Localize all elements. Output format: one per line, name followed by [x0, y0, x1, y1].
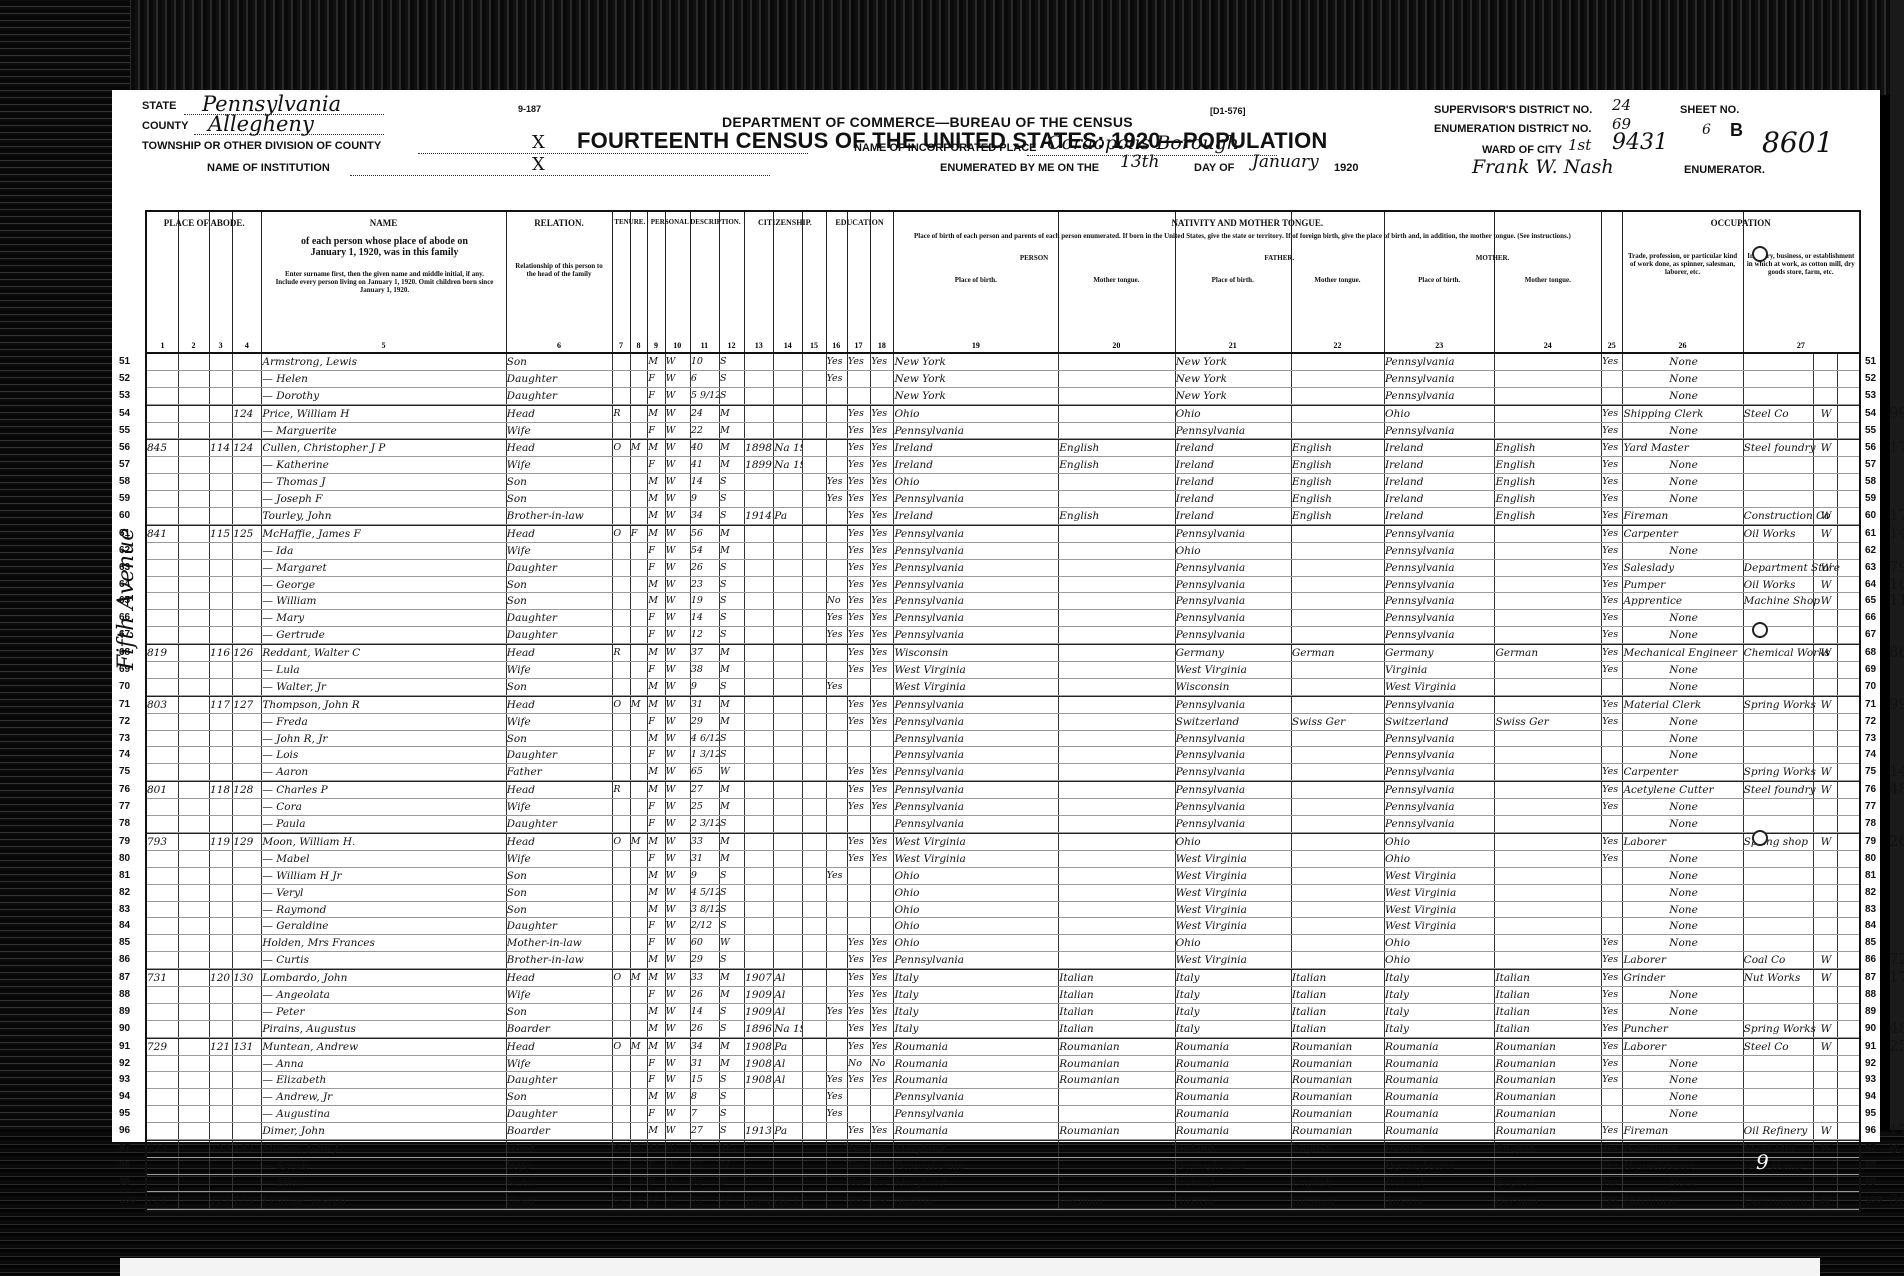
cell-street	[147, 371, 178, 387]
cell-marital: S	[719, 679, 745, 695]
cell-read: Yes	[847, 1004, 871, 1020]
line-number: 96	[119, 1125, 130, 1136]
cell-mort	[630, 679, 648, 695]
cell-race: W	[665, 388, 691, 404]
cell-f-tongue	[1291, 935, 1385, 951]
cell-write	[870, 1089, 894, 1105]
cell-relation: Wife	[506, 457, 614, 473]
cell-mort: M	[630, 1039, 648, 1055]
cell-read: Yes	[847, 423, 871, 439]
line-number-right: 98	[1865, 1160, 1876, 1171]
table-row: — EllenSisterFW55SYesYesMarylandIrelandE…	[147, 1175, 1859, 1192]
cell-school: Yes	[826, 610, 848, 626]
table-row: — WilliamSonMW19SNoYesYesPennsylvaniaPen…	[147, 593, 1859, 610]
cell-read: Yes	[847, 508, 871, 524]
cell-f-tongue	[1291, 834, 1385, 850]
cell-farm-schedule	[1837, 868, 1860, 884]
cell-m-birth: Ohio	[1384, 406, 1496, 422]
cell-school: Yes	[826, 1106, 848, 1122]
cell-immig	[744, 1175, 774, 1191]
cell-natz	[773, 834, 803, 850]
cell-street	[147, 560, 178, 576]
cell-sex: F	[647, 1158, 665, 1174]
cell-class-of-worker: W	[1813, 526, 1838, 542]
line-number: 90	[119, 1023, 130, 1034]
cell-trade: None	[1622, 731, 1743, 747]
cell-f-tongue	[1291, 406, 1385, 422]
cell-read: Yes	[847, 834, 871, 850]
cell-english: Yes	[1601, 1056, 1623, 1072]
line-number-right: 81	[1865, 870, 1876, 881]
cell-name: — Lula	[261, 662, 506, 678]
cell-write: Yes	[870, 764, 894, 780]
cell-immig	[744, 526, 774, 542]
cell-trade: None	[1622, 543, 1743, 559]
cell-race: W	[665, 406, 691, 422]
cell-school	[826, 406, 848, 422]
cell-natz2	[802, 834, 826, 850]
table-row: — FredaWifeFW29MYesYesPennsylvaniaSwitze…	[147, 714, 1859, 731]
cell-street	[147, 474, 178, 490]
cell-tongue	[1058, 764, 1175, 780]
cell-race: W	[665, 1056, 691, 1072]
cell-age: 5 9/12	[690, 388, 720, 404]
cell-f-birth: Ireland	[1175, 1175, 1292, 1191]
cell-sex: M	[647, 782, 665, 798]
enumeration-district-label: ENUMERATION DISTRICT NO.	[1434, 123, 1591, 135]
cell-tenure: O	[612, 440, 630, 456]
cell-class-of-worker: W	[1813, 834, 1838, 850]
cell-marital: M	[719, 1039, 745, 1055]
cell-farm-schedule	[1837, 508, 1860, 524]
cell-farm-schedule	[1837, 935, 1860, 951]
line-number: 71	[119, 699, 130, 710]
cell-f-birth: Roumania	[1175, 1056, 1292, 1072]
table-row: — Thomas JSonMW14SYesYesYesOhioIrelandEn…	[147, 474, 1859, 491]
table-row: — MargaretDaughterFW26SYesYesPennsylvani…	[147, 560, 1859, 577]
cell-write: Yes	[870, 1004, 894, 1020]
cell-marital: M	[719, 1193, 745, 1209]
cell-marital: M	[719, 457, 745, 473]
cell-natz2	[802, 885, 826, 901]
cell-house	[178, 577, 210, 593]
cell-sex: F	[647, 1175, 665, 1191]
cell-mort	[630, 902, 648, 918]
cell-school	[826, 747, 848, 763]
cell-name: Thompson, John R	[261, 697, 506, 713]
cell-dwelling	[209, 593, 233, 609]
cell-write: Yes	[870, 423, 894, 439]
line-number: 79	[119, 836, 130, 847]
cell-birth: West Virginia	[893, 834, 1059, 850]
cell-relation: Son	[506, 868, 614, 884]
cell-m-birth: West Virginia	[1384, 885, 1496, 901]
cell-race: W	[665, 782, 691, 798]
cell-mort: M	[630, 1141, 648, 1157]
cell-natz	[773, 627, 803, 643]
column-divider	[719, 212, 720, 352]
cell-f-birth: Roumania	[1175, 1106, 1292, 1122]
cell-write: Yes	[870, 851, 894, 867]
cell-dwelling	[209, 764, 233, 780]
cell-sex: F	[647, 714, 665, 730]
cell-class-of-worker	[1813, 457, 1838, 473]
cell-english: Yes	[1601, 1021, 1623, 1037]
cell-immig: 1909	[744, 1004, 774, 1020]
margin-code: 820	[1889, 1139, 1904, 1157]
cell-m-birth: Pennsylvania	[1384, 799, 1496, 815]
cell-immig	[744, 1158, 774, 1174]
line-number-right: 75	[1865, 766, 1876, 777]
cell-class-of-worker	[1813, 1106, 1838, 1122]
cell-marital: S	[719, 1123, 745, 1139]
cell-read	[847, 1089, 871, 1105]
cell-age: 57	[690, 1158, 720, 1174]
cell-m-tongue: Italian	[1494, 1004, 1602, 1020]
cell-relation: Son	[506, 1089, 614, 1105]
cell-house	[178, 935, 210, 951]
cell-tenure	[612, 610, 630, 626]
cell-marital: S	[719, 868, 745, 884]
cell-m-tongue	[1494, 593, 1602, 609]
cell-house	[178, 1039, 210, 1055]
cell-trade: Fireman	[1622, 1123, 1743, 1139]
cell-dwelling	[209, 952, 233, 968]
cell-school	[826, 731, 848, 747]
cell-natz2	[802, 371, 826, 387]
line-number-right: 66	[1865, 612, 1876, 623]
cell-farm-schedule	[1837, 474, 1860, 490]
margin-street-note: Fifth Avenue	[114, 410, 139, 670]
table-row: — PaulaDaughterFW2 3/12SPennsylvaniaPenn…	[147, 816, 1859, 833]
cell-f-tongue: Roumanian	[1291, 1123, 1385, 1139]
table-row: 124Price, William HHeadRMW24MYesYesOhioO…	[147, 405, 1859, 423]
table-row: — MaryDaughterFW14SYesYesYesPennsylvania…	[147, 610, 1859, 627]
cell-class-of-worker	[1813, 902, 1838, 918]
cell-write: Yes	[870, 1021, 894, 1037]
cell-family	[232, 457, 262, 473]
cell-m-birth: Ireland	[1384, 474, 1496, 490]
cell-marital: M	[719, 1141, 745, 1157]
margin-code: 868	[1889, 643, 1904, 661]
cell-school	[826, 508, 848, 524]
cell-school	[826, 1021, 848, 1037]
cell-trade: None	[1622, 662, 1743, 678]
cell-english: Yes	[1601, 457, 1623, 473]
cell-birth: West Virginia	[893, 662, 1059, 678]
cell-birth: New York	[893, 354, 1059, 370]
cell-sex: F	[647, 918, 665, 934]
cell-m-tongue	[1494, 662, 1602, 678]
cell-write: Yes	[870, 491, 894, 507]
cell-race: W	[665, 834, 691, 850]
cell-street	[147, 1123, 178, 1139]
ward-annotation: 9431	[1612, 130, 1668, 155]
cell-tongue	[1058, 714, 1175, 730]
cell-class-of-worker: W	[1813, 1193, 1838, 1209]
cell-birth: Pennsylvania	[893, 697, 1059, 713]
cell-name: — Ellen	[261, 1175, 506, 1191]
cell-house	[178, 440, 210, 456]
column-number: 10	[665, 341, 690, 350]
cell-m-birth: Ohio	[1384, 834, 1496, 850]
state-label: STATE	[142, 100, 176, 112]
cell-age: 9	[690, 491, 720, 507]
line-number-right: 80	[1865, 853, 1876, 864]
cell-tenure: R	[612, 645, 630, 661]
header-citizenship: CITIZENSHIP.	[744, 218, 825, 227]
line-number: 70	[119, 681, 130, 692]
cell-name: Lesinge, Joseph	[261, 1193, 506, 1209]
line-number: 76	[119, 784, 130, 795]
cell-birth: Pennsylvania	[893, 593, 1059, 609]
cell-race: W	[665, 371, 691, 387]
cell-tenure	[612, 714, 630, 730]
cell-dwelling: 121	[209, 1039, 233, 1055]
cell-relation: Brother-in-law	[506, 952, 614, 968]
cell-age: 8	[690, 1089, 720, 1105]
cell-sex: F	[647, 1106, 665, 1122]
cell-natz2	[802, 577, 826, 593]
cell-house	[178, 952, 210, 968]
cell-dwelling	[209, 627, 233, 643]
cell-street: 841	[147, 526, 178, 542]
cell-marital: S	[719, 902, 745, 918]
cell-family	[232, 508, 262, 524]
cell-m-tongue: Italian	[1494, 987, 1602, 1003]
cell-natz	[773, 388, 803, 404]
table-row: 819116126Reddant, Walter CHeadRMW37MYesY…	[147, 644, 1859, 662]
cell-race: W	[665, 868, 691, 884]
cell-m-tongue: English	[1494, 457, 1602, 473]
township-value: X	[532, 132, 545, 153]
cell-school: Yes	[826, 868, 848, 884]
cell-class-of-worker	[1813, 662, 1838, 678]
cell-school	[826, 885, 848, 901]
line-number-right: 74	[1865, 749, 1876, 760]
cell-dwelling	[209, 1123, 233, 1139]
cell-age: 34	[690, 1039, 720, 1055]
cell-immig: 1908	[744, 1039, 774, 1055]
cell-english: Yes	[1601, 662, 1623, 678]
cell-m-tongue	[1494, 816, 1602, 832]
cell-natz2	[802, 457, 826, 473]
cell-birth: Pennsylvania	[893, 560, 1059, 576]
cell-house	[178, 902, 210, 918]
cell-age: 55	[690, 1175, 720, 1191]
cell-dwelling	[209, 543, 233, 559]
cell-relation: Head	[506, 1039, 614, 1055]
cell-f-birth: Italy	[1175, 1021, 1292, 1037]
cell-farm-schedule	[1837, 1106, 1860, 1122]
cell-age: 32	[690, 1193, 720, 1209]
cell-relation: Head	[506, 406, 614, 422]
cell-f-birth: Pennsylvania	[1175, 610, 1292, 626]
column-divider	[232, 212, 233, 352]
cell-f-tongue	[1291, 354, 1385, 370]
cell-m-birth: Roumania	[1384, 1039, 1496, 1055]
cell-age: 31	[690, 1056, 720, 1072]
cell-mort	[630, 1123, 648, 1139]
cell-trade: None	[1622, 679, 1743, 695]
line-number: 83	[119, 904, 130, 915]
cell-family	[232, 662, 262, 678]
cell-mort	[630, 1056, 648, 1072]
cell-school	[826, 543, 848, 559]
cell-marital: M	[719, 406, 745, 422]
cell-natz	[773, 697, 803, 713]
cell-family	[232, 491, 262, 507]
cell-dwelling	[209, 851, 233, 867]
table-row: 731120130Lombardo, JohnHeadOMMW33M1907Al…	[147, 969, 1859, 987]
cell-name: — Ida	[261, 543, 506, 559]
table-row: 803117127Thompson, John RHeadOMMW31MYesY…	[147, 696, 1859, 714]
cell-age: 29	[690, 714, 720, 730]
cell-school	[826, 851, 848, 867]
cell-relation: Daughter	[506, 816, 614, 832]
cell-birth: Pennsylvania	[893, 1089, 1059, 1105]
cell-name: — Joseph F	[261, 491, 506, 507]
margin-code: 99	[1889, 404, 1904, 422]
cell-class-of-worker: W	[1813, 593, 1838, 609]
cell-race: W	[665, 1089, 691, 1105]
cell-farm-schedule	[1837, 834, 1860, 850]
table-row: 841115125McHaffie, James FHeadOFMW56MYes…	[147, 525, 1859, 543]
cell-tongue: English	[1058, 508, 1175, 524]
cell-birth: Ohio	[893, 902, 1059, 918]
cell-immig	[744, 851, 774, 867]
punch-hole	[1752, 246, 1768, 262]
cell-mort	[630, 474, 648, 490]
cell-relation: Head	[506, 970, 614, 986]
column-divider	[261, 212, 262, 352]
cell-natz2	[802, 423, 826, 439]
line-number: 97	[119, 1143, 130, 1154]
cell-trade: None	[1622, 902, 1743, 918]
cell-m-birth: Ohio	[1384, 935, 1496, 951]
cell-tongue: Italian	[1058, 987, 1175, 1003]
cell-house	[178, 645, 210, 661]
cell-house	[178, 1021, 210, 1037]
cell-name: Cullen, Christopher J P	[261, 440, 506, 456]
cell-family	[232, 371, 262, 387]
cell-m-birth: Ireland	[1384, 457, 1496, 473]
line-number-right: 70	[1865, 681, 1876, 692]
cell-natz	[773, 714, 803, 730]
line-number-right: 65	[1865, 595, 1876, 606]
cell-relation: Wife	[506, 423, 614, 439]
cell-english: Yes	[1601, 440, 1623, 456]
cell-house	[178, 987, 210, 1003]
cell-name: Holden, Mrs Frances	[261, 935, 506, 951]
cell-immig: 1898	[744, 440, 774, 456]
cell-dwelling	[209, 388, 233, 404]
cell-marital: S	[719, 627, 745, 643]
cell-school	[826, 423, 848, 439]
line-number: 93	[119, 1074, 130, 1085]
cell-natz2	[802, 645, 826, 661]
table-row: 845114124Cullen, Christopher J PHeadOMMW…	[147, 439, 1859, 457]
cell-relation: Son	[506, 1004, 614, 1020]
scan-border-right	[1890, 0, 1904, 1276]
cell-dwelling	[209, 799, 233, 815]
cell-age: 31	[690, 697, 720, 713]
cell-relation: Head	[506, 834, 614, 850]
cell-dwelling	[209, 935, 233, 951]
cell-english: Yes	[1601, 543, 1623, 559]
cell-name: — Margaret	[261, 560, 506, 576]
cell-m-birth: Italy	[1384, 1021, 1496, 1037]
cell-name: — Andrew, Jr	[261, 1089, 506, 1105]
cell-race: W	[665, 731, 691, 747]
cell-family	[232, 764, 262, 780]
cell-natz	[773, 610, 803, 626]
cell-sex: F	[647, 610, 665, 626]
cell-tenure	[612, 1089, 630, 1105]
cell-family	[232, 868, 262, 884]
cell-dwelling	[209, 354, 233, 370]
margin-code: 176	[1889, 1121, 1904, 1139]
table-row: — GertrudeDaughterFW12SYesYesYesPennsylv…	[147, 627, 1859, 644]
cell-m-tongue	[1494, 885, 1602, 901]
cell-f-tongue	[1291, 1158, 1385, 1174]
cell-natz2	[802, 782, 826, 798]
cell-street	[147, 851, 178, 867]
cell-write: Yes	[870, 543, 894, 559]
cell-relation: Wife	[506, 987, 614, 1003]
cell-class-of-worker: W	[1813, 697, 1838, 713]
cell-name: Tourley, John	[261, 508, 506, 524]
cell-tongue	[1058, 577, 1175, 593]
cell-english: Yes	[1601, 970, 1623, 986]
cell-m-tongue	[1494, 627, 1602, 643]
cell-natz	[773, 406, 803, 422]
cell-english: Yes	[1601, 610, 1623, 626]
line-number-right: 64	[1865, 579, 1876, 590]
cell-tenure: O	[612, 526, 630, 542]
line-number-right: 53	[1865, 390, 1876, 401]
cell-f-birth: Pennsylvania	[1175, 1158, 1292, 1174]
cell-name: — Angeolata	[261, 987, 506, 1003]
cell-dwelling	[209, 371, 233, 387]
cell-tongue	[1058, 1089, 1175, 1105]
cell-farm-schedule	[1837, 354, 1860, 370]
cell-age: 2 3/12	[690, 816, 720, 832]
cell-marital: M	[719, 697, 745, 713]
column-number: 21	[1175, 341, 1291, 350]
column-number: 4	[232, 341, 261, 350]
cell-sex: F	[647, 747, 665, 763]
cell-tenure: O	[612, 834, 630, 850]
cell-write: Yes	[870, 610, 894, 626]
cell-write: Yes	[870, 354, 894, 370]
cell-trade: Shipping Clerk	[1622, 406, 1743, 422]
cell-f-birth: West Virginia	[1175, 885, 1292, 901]
cell-street	[147, 1158, 178, 1174]
cell-m-tongue	[1494, 406, 1602, 422]
cell-marital: S	[719, 1175, 745, 1191]
cell-natz2	[802, 627, 826, 643]
cell-immig	[744, 474, 774, 490]
header-father: FATHER.	[1175, 254, 1384, 262]
line-number: 89	[119, 1006, 130, 1017]
cell-read: Yes	[847, 593, 871, 609]
cell-race: W	[665, 851, 691, 867]
cell-farm-schedule	[1837, 952, 1860, 968]
cell-natz2	[802, 1123, 826, 1139]
cell-relation: Wife	[506, 799, 614, 815]
cell-english: Yes	[1601, 799, 1623, 815]
